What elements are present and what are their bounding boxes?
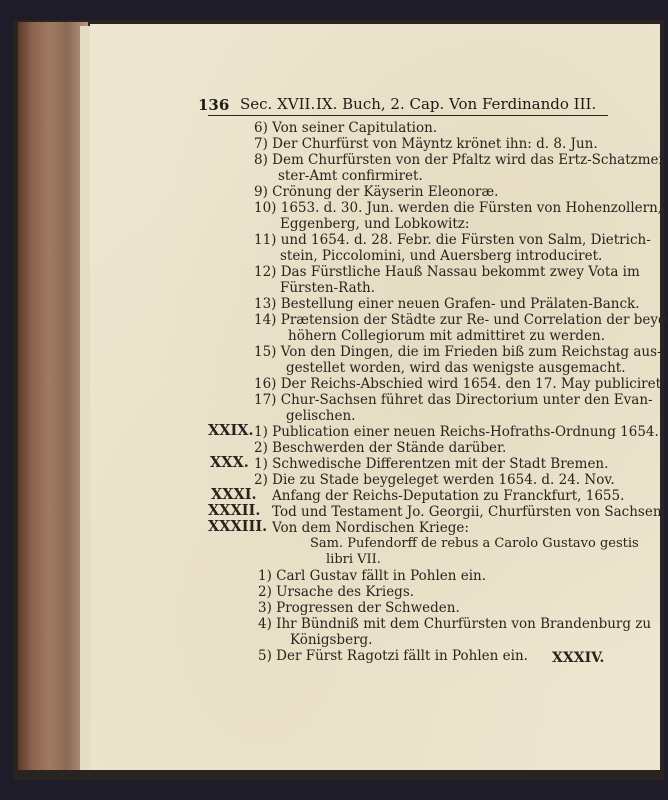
text-line: 14) Prætension der Städte zur Re- und Co…: [254, 312, 668, 328]
citation-line: Sam. Pufendorff de rebus a Carolo Gustav…: [310, 536, 639, 552]
text-line: Königsberg.: [290, 632, 372, 648]
text-line: höhern Collegiorum mit admittiret zu wer…: [288, 328, 605, 344]
text-line: 13) Bestellung einer neuen Grafen- und P…: [254, 296, 640, 312]
text-line: Anfang der Reichs-Deputation zu Franckfu…: [272, 488, 624, 504]
text-line: 8) Dem Churfürsten von der Pfaltz wird d…: [254, 152, 667, 168]
page-block-edges: [18, 22, 88, 770]
chapter-numeral: XXX.: [210, 455, 249, 471]
header-rule: [208, 115, 608, 116]
text-line: 2) Die zu Stade beygeleget werden 1654. …: [254, 472, 615, 488]
text-line: 9) Crönung der Käyserin Eleonoræ.: [254, 184, 498, 200]
text-line: 3) Progressen der Schweden.: [258, 600, 460, 616]
text-line: 4) Ihr Bündniß mit dem Churfürsten von B…: [258, 616, 651, 632]
text-line: 11) und 1654. d. 28. Febr. die Fürsten v…: [254, 232, 651, 248]
text-line: 1) Publication einer neuen Reichs-Hofrat…: [254, 424, 659, 440]
chapter-numeral: XXXI.: [211, 487, 257, 503]
text-line: gelischen.: [286, 408, 355, 424]
running-header: 136 Sec. XVII. IX. Buch, 2. Cap. Von Fer…: [198, 94, 618, 116]
text-line: 1) Carl Gustav fällt in Pohlen ein.: [258, 568, 486, 584]
text-line: stein, Piccolomini, und Auersberg introd…: [280, 248, 602, 264]
text-line: 2) Ursache des Kriegs.: [258, 584, 414, 600]
citation-line: libri VII.: [326, 552, 381, 568]
catchword: XXXIV.: [552, 650, 604, 666]
text-line: 7) Der Churfürst von Mäyntz krönet ihn: …: [254, 136, 598, 152]
chapter-numeral: XXXIII.: [208, 519, 267, 535]
text-line: 17) Chur-Sachsen führet das Directorium …: [254, 392, 653, 408]
text-line: 1) Schwedische Differentzen mit der Stad…: [254, 456, 608, 472]
section-label: Sec. XVII.: [240, 95, 315, 113]
text-line: Eggenberg, und Lobkowitz:: [280, 216, 469, 232]
chapter-numeral: XXXII.: [208, 503, 260, 519]
text-line: 16) Der Reichs-Abschied wird 1654. den 1…: [254, 376, 665, 392]
running-title: IX. Buch, 2. Cap. Von Ferdinando III.: [316, 95, 596, 113]
text-line: gestellet worden, wird das wenigste ausg…: [286, 360, 625, 376]
text-line: 5) Der Fürst Ragotzi fällt in Pohlen ein…: [258, 648, 528, 664]
text-line: 6) Von seiner Capitulation.: [254, 120, 437, 136]
chapter-numeral: XXIX.: [208, 423, 254, 439]
text-line: Von dem Nordischen Kriege:: [272, 520, 469, 536]
text-line: Tod und Testament Jo. Georgii, Churfürst…: [272, 504, 666, 520]
text-line: Fürsten-Rath.: [280, 280, 375, 296]
page-number: 136: [198, 96, 229, 114]
text-line: 2) Beschwerden der Stände darüber.: [254, 440, 506, 456]
text-line: ster-Amt confirmiret.: [278, 168, 423, 184]
text-line: 12) Das Fürstliche Hauß Nassau bekommt z…: [254, 264, 640, 280]
text-line: 10) 1653. d. 30. Jun. werden die Fürsten…: [254, 200, 662, 216]
text-line: 15) Von den Dingen, die im Frieden biß z…: [254, 344, 662, 360]
